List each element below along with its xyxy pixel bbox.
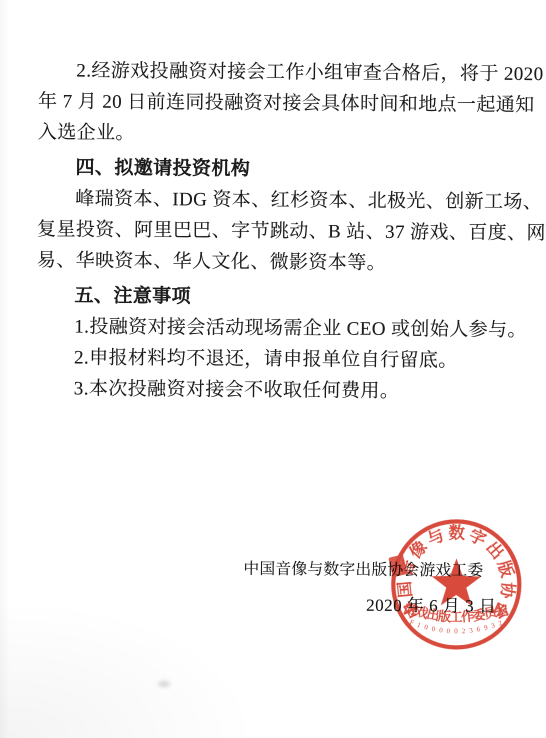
svg-text:2: 2 (462, 627, 466, 635)
body-line: 易、华映资本、华人文化、微影资本等。 (37, 245, 515, 280)
seal-star-icon (431, 558, 481, 605)
svg-text:3: 3 (469, 626, 474, 634)
section-heading: 五、注意事项 (36, 280, 514, 315)
svg-text:0: 0 (423, 623, 429, 632)
body-line: 年 7 月 20 日前连同投融资对接会具体时间和地点一起通知 (38, 86, 516, 121)
body-line: 1.投融资对接会活动现场需企业 CEO 或创始人参与。 (36, 311, 514, 346)
svg-text:0: 0 (454, 627, 458, 635)
svg-text:数: 数 (448, 522, 465, 542)
official-seal: 中国音像与数字出版协会游戏出版工作委员会F100000236932 (366, 494, 546, 675)
svg-text:0: 0 (431, 625, 437, 634)
seal-ink-smudge (388, 554, 407, 577)
svg-text:国: 国 (395, 580, 416, 598)
svg-text:0: 0 (439, 626, 444, 634)
body-line: 2.经游戏投融资对接会工作小组审查合格后，将于 2020 (38, 55, 516, 90)
scanned-content: 2.经游戏投融资对接会工作小组审查合格后，将于 2020年 7 月 20 日前连… (0, 0, 546, 738)
body-line: 复星投资、阿里巴巴、字节跳动、B 站、37 游戏、百度、网 (37, 214, 515, 249)
document-body: 2.经游戏投融资对接会工作小组审查合格后，将于 2020年 7 月 20 日前连… (36, 55, 517, 408)
body-line: 入选企业。 (38, 117, 516, 152)
svg-text:0: 0 (446, 627, 451, 635)
body-line: 2.申报材料均不退还，请申报单位自行留底。 (36, 342, 514, 377)
section-heading: 四、拟邀请投资机构 (37, 152, 515, 187)
body-line: 3.本次投融资对接会不收取任何费用。 (36, 373, 514, 408)
document-page: 2.经游戏投融资对接会工作小组审查合格后，将于 2020年 7 月 20 日前连… (0, 0, 546, 738)
body-line: 峰瑞资本、IDG 资本、红杉资本、北极光、创新工场、 (37, 183, 515, 218)
svg-text:6: 6 (476, 625, 481, 634)
svg-text:协: 协 (497, 581, 519, 600)
svg-text:9: 9 (483, 623, 489, 632)
scan-smudge-artifact (158, 681, 170, 687)
svg-text:1: 1 (416, 621, 422, 630)
svg-text:3: 3 (490, 621, 496, 630)
